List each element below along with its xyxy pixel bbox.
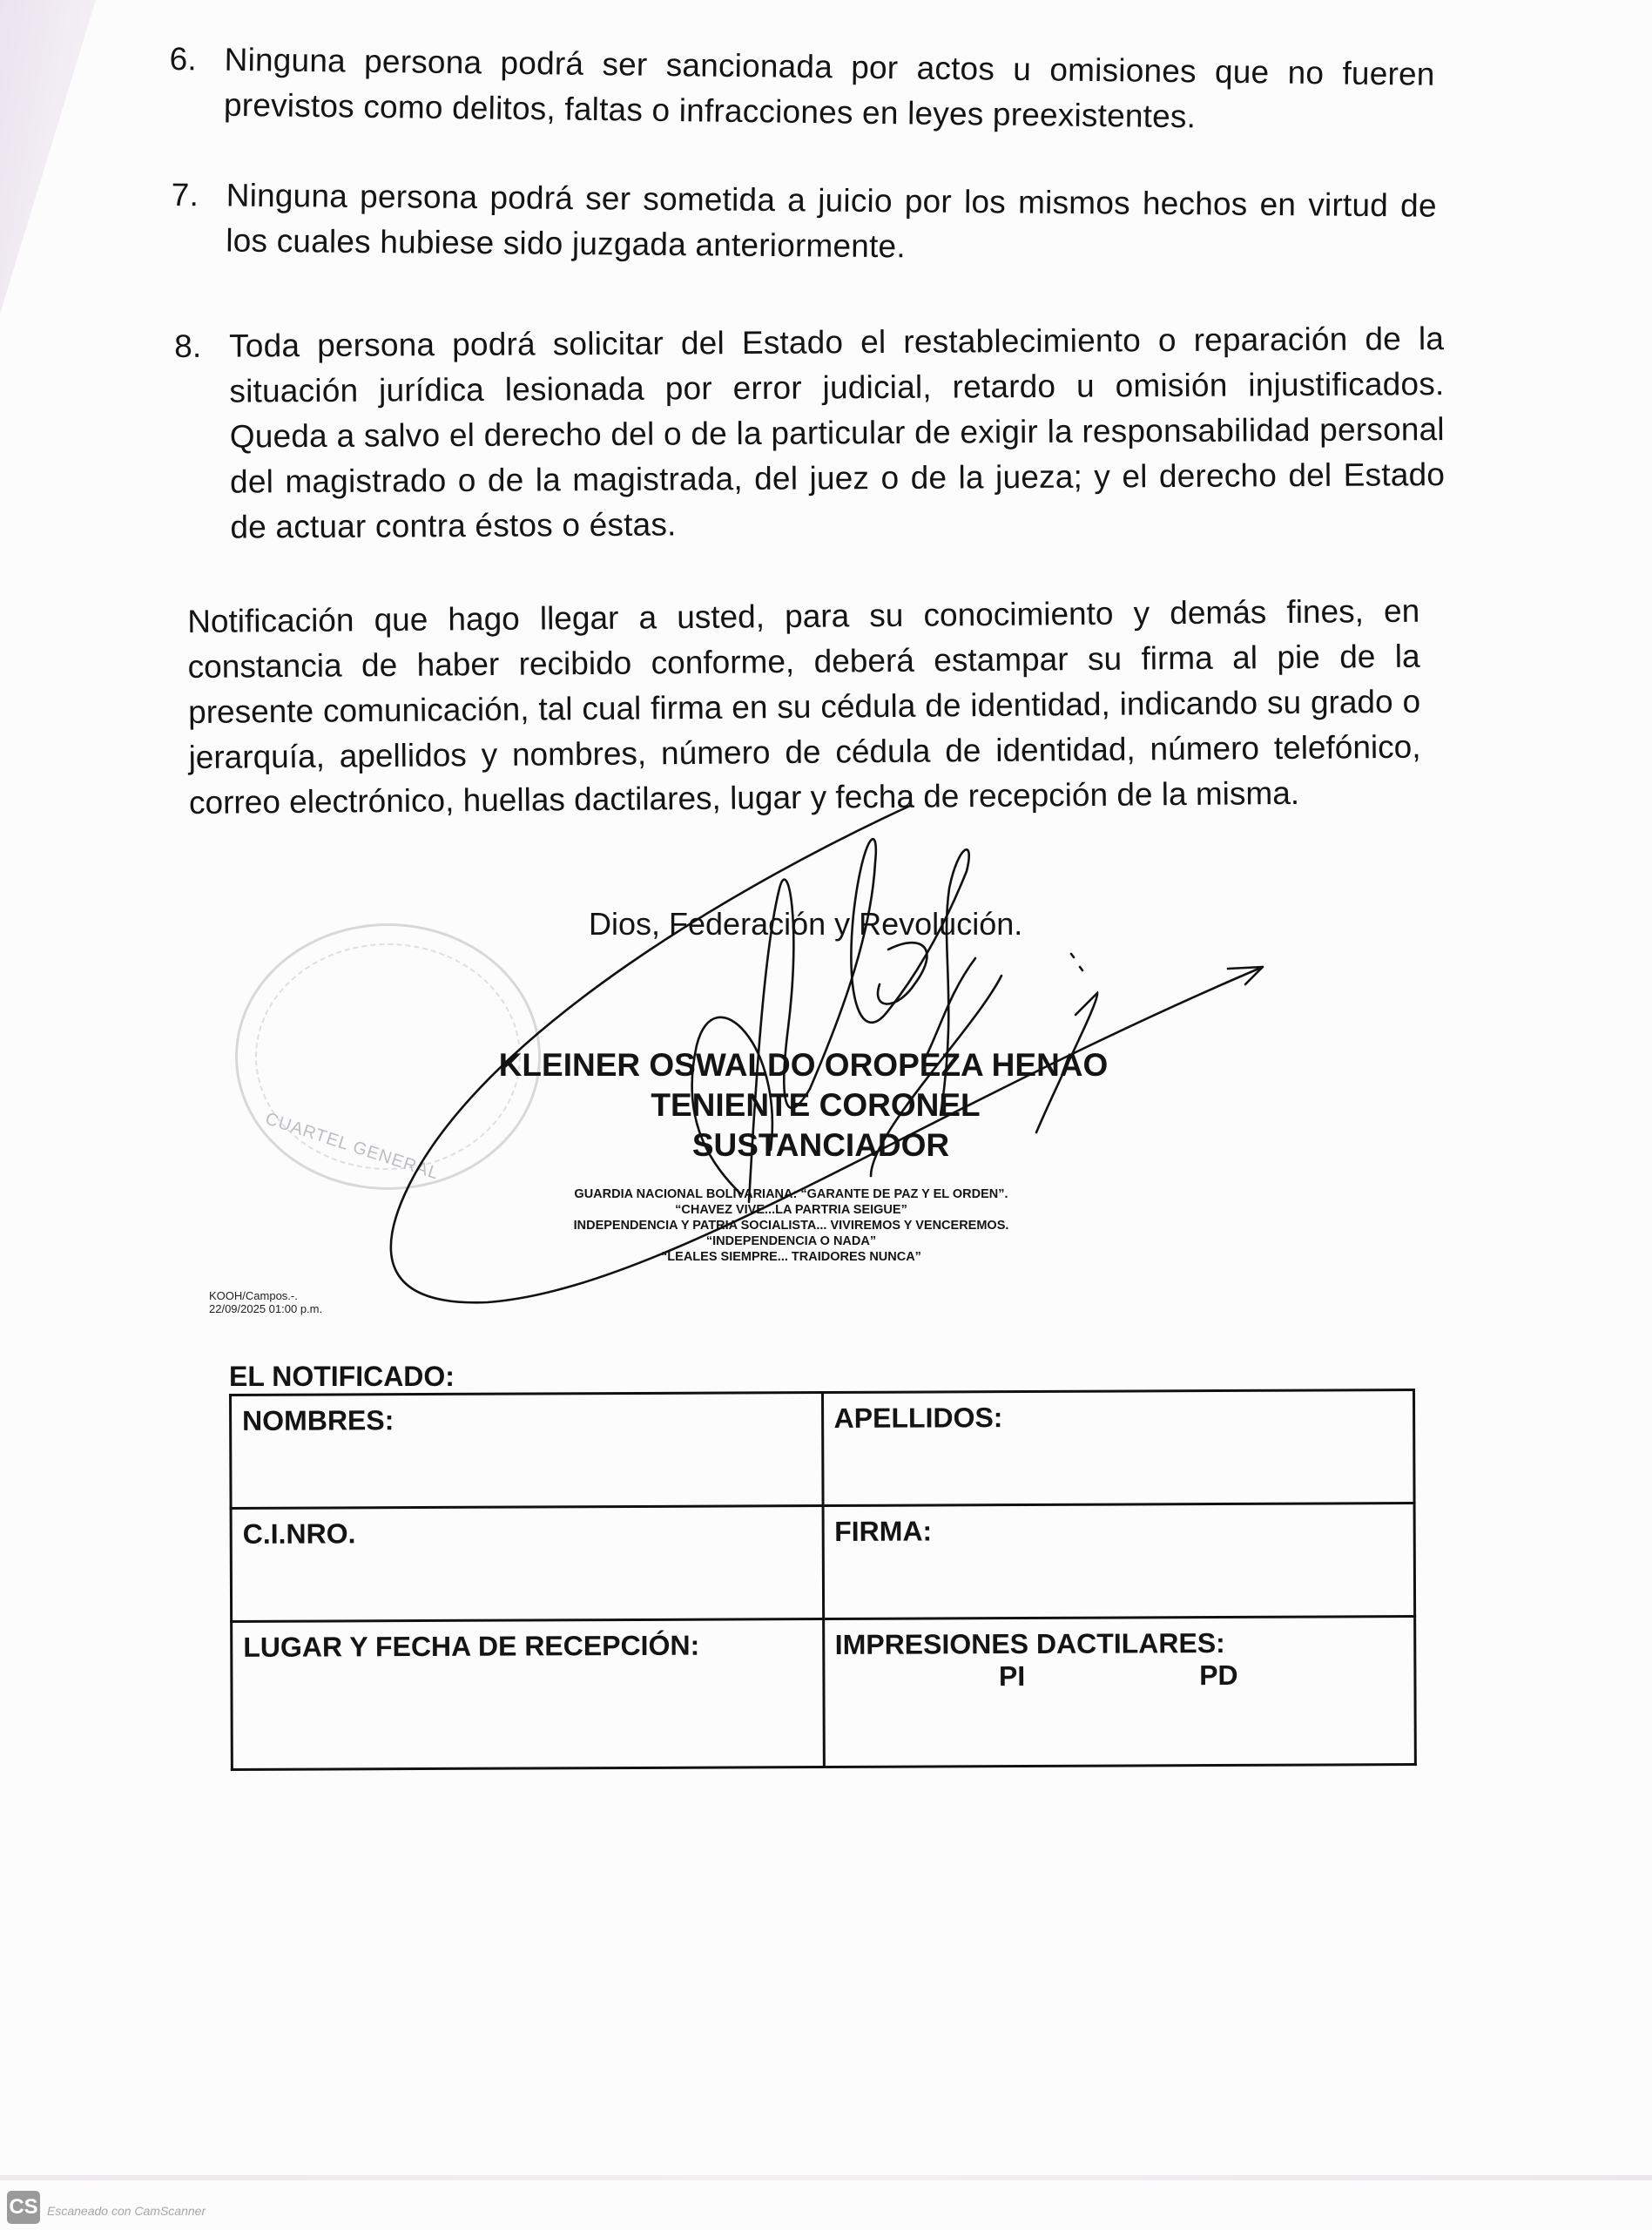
field-label: NOMBRES: <box>242 1404 394 1436</box>
signatory-role: SUSTANCIADOR <box>0 1125 1647 1166</box>
field-label: LUGAR Y FECHA DE RECEPCIÓN: <box>243 1630 699 1663</box>
field-impresiones[interactable]: IMPRESIONES DACTILARES: PI PD <box>823 1617 1415 1767</box>
article-number: 8. <box>174 324 202 369</box>
field-apellidos[interactable]: APELLIDOS: <box>822 1390 1414 1506</box>
right-thumb-label: PD <box>1199 1659 1238 1692</box>
field-label: APELLIDOS: <box>834 1402 1003 1434</box>
article-text: Ninguna persona podrá ser sancionada por… <box>224 37 1435 143</box>
signatory-rank: TENIENTE CORONEL <box>0 1085 1642 1125</box>
field-label: C.I.NRO. <box>243 1517 356 1550</box>
page-edge-shadow <box>0 0 105 331</box>
notification-paragraph: Notificación que hago llegar a usted, pa… <box>187 589 1421 826</box>
motto-line: GUARDIA NACIONAL BOLIVARIANA: “GARANTE D… <box>0 1186 1617 1202</box>
scan-edge <box>0 2175 1652 2180</box>
field-ci[interactable]: C.I.NRO. <box>231 1506 823 1622</box>
field-firma[interactable]: FIRMA: <box>823 1504 1415 1619</box>
reference-block: KOOH/Campos.-. 22/09/2025 01:00 p.m. <box>209 1289 322 1315</box>
camscanner-logo-icon: CS <box>7 2191 40 2224</box>
notified-form-table: NOMBRES: APELLIDOS: C.I.NRO. FIRMA: LUGA… <box>229 1389 1417 1771</box>
notified-title: EL NOTIFICADO: <box>229 1361 455 1393</box>
article-number: 7. <box>172 172 199 218</box>
article-text: Ninguna persona podrá ser sometida a jui… <box>226 173 1437 274</box>
scanner-watermark: Escaneado con CamScanner <box>47 2204 206 2218</box>
field-label: FIRMA: <box>834 1515 932 1546</box>
field-lugar-fecha[interactable]: LUGAR Y FECHA DE RECEPCIÓN: <box>232 1619 824 1770</box>
article-text: Toda persona podrá solicitar del Estado … <box>229 316 1446 551</box>
reference-initials: KOOH/Campos.-. <box>209 1289 322 1302</box>
field-label: IMPRESIONES DACTILARES: <box>835 1626 1406 1661</box>
signatory-name: KLEINER OSWALDO OROPEZA HENAO <box>0 1045 1629 1085</box>
field-nombres[interactable]: NOMBRES: <box>231 1393 823 1509</box>
closing-salutation: Dios, Federación y Revolución. <box>589 906 1022 943</box>
left-thumb-label: PI <box>999 1660 1025 1693</box>
motto-line: “LEALES SIEMPRE... TRAIDORES NUNCA” <box>0 1249 1617 1265</box>
motto-line: “CHAVEZ VIVE...LA PARTRIA SEIGUE” <box>0 1202 1617 1218</box>
fingerprint-labels: PI PD <box>835 1659 1406 1693</box>
article-number: 6. <box>169 37 197 82</box>
motto-line: INDEPENDENCIA Y PATRIA SOCIALISTA... VIV… <box>0 1218 1617 1233</box>
motto-line: “INDEPENDENCIA O NADA” <box>0 1233 1617 1249</box>
reference-datetime: 22/09/2025 01:00 p.m. <box>209 1302 322 1315</box>
